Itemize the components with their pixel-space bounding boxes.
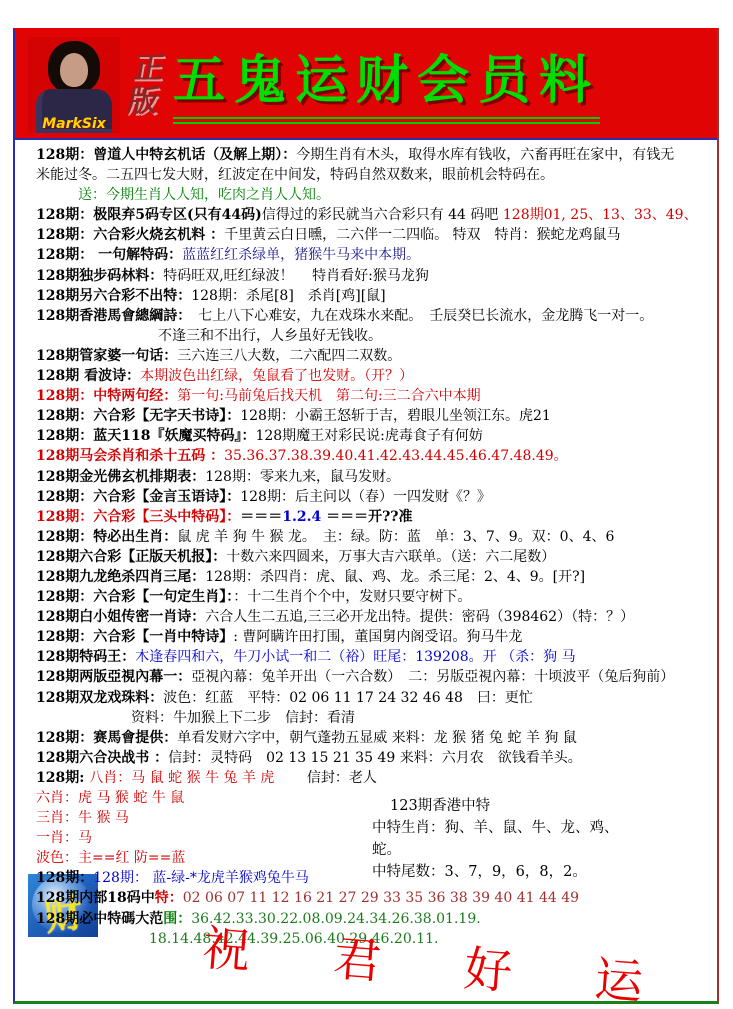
page-title: 五鬼运财会员料 (173, 38, 600, 124)
text-run: ＝＝＝ (240, 509, 282, 525)
text-run: 128期管家婆一句话： (36, 348, 177, 364)
text-run: 1.2.4 (282, 509, 321, 525)
text-run: 八肖：马 鼠 蛇 猴 牛 兔 羊 虎 (89, 770, 274, 786)
content-line: 128期金光佛玄机排期表：128期：零来九来，鼠马发财。 (36, 467, 711, 487)
text-run: 送：今期生肖人人知，吃肉之肖人人知。 (78, 187, 330, 203)
content-line: 128期：极限弃5码专区(只有44码)信得过的彩民就当六合彩只有 44 码吧 1… (36, 205, 711, 225)
content-line: 128期特码王：木逢春四和六，牛刀小试一和二（裕）旺尾：139208。开 （杀：… (36, 647, 711, 667)
text-run: 02 06 07 11 12 16 21 27 29 33 35 36 38 3… (183, 890, 579, 906)
text-run: 128期香港馬會總綱詩： (36, 308, 184, 324)
content-line: 资料：牛加猴上下二步 信封：看清 (36, 708, 711, 728)
text-run: 不逢三和不出行，人乡虽好无钱收。 (158, 328, 382, 344)
text-run: 128期金光佛玄机排期表： (36, 469, 205, 485)
lottery-tip-sheet: MarkSix 正版 五鬼运财会员料 128期：曾道人中特玄机话（及解上期）：今… (0, 0, 733, 1009)
content-line: 128期香港馬會總綱詩： 七上八下心难安，九在戏珠水来配。 壬辰癸巳长流水，金龙… (36, 306, 711, 326)
content-line: 128期：六合彩【无字天书诗】：128期：小霸王怒斩于吉，碧眼儿坐领江东。虎21 (36, 406, 711, 426)
text-run: 特码旺双,旺红绿波！ 特肖看好:猴马龙狗 (163, 268, 429, 284)
text-run: 单看发财六字中，朝气蓬勃五显威 来料：龙 猴 猪 兔 蛇 羊 狗 鼠 (177, 730, 577, 746)
content-line: 128期：六合彩【一句定生肖】：：十二生肖个个中，发财只要守树下。 (36, 587, 711, 607)
sidebox-line: 中特生肖：狗、羊、鼠、牛、龙、鸡、 (372, 817, 672, 839)
zhengban-watermark: 正版 (125, 52, 171, 118)
text-run: 128期另六合彩不出特： (36, 288, 191, 304)
text-run: 128期特码王： (36, 649, 135, 665)
text-run: 资料：牛加猴上下二步 信封：看清 (131, 710, 355, 726)
content-line: 128期白小姐传密一肖诗：六合人生二五追,三三必开龙出特。提供：密码（39846… (36, 607, 711, 627)
text-run: 鼠 虎 羊 狗 牛 猴 龙。 主：绿。防：蓝 单：3、7、9。双：0、4、6 (177, 529, 614, 545)
content-line: 128期：赛馬會提供：单看发财六字中，朝气蓬勃五显威 来料：龙 猴 猪 兔 蛇 … (36, 728, 711, 748)
text-run: 128期：六合彩【无字天书诗】： (36, 408, 240, 424)
text-run: 128期两版亞視內幕一： (36, 669, 191, 685)
text-run: 亞視內幕：兔羊开出（一六合数） 二：另版亞視內幕：十顷波平（兔后狗前） (191, 669, 674, 685)
content-line: 128期内部18码中特：02 06 07 11 12 16 21 27 29 3… (36, 888, 711, 908)
text-run: 128期：六合彩【一句定生肖】： (36, 589, 233, 605)
content-line: 米能过冬。二五四七发大财，红波定在中间发，特码自然双数来，眼前机会特码在。 (36, 165, 711, 185)
sidebox-line: 中特尾数：3、7，9，6，8，2。 (372, 861, 672, 883)
text-run: 信得过的彩民就当六合彩只有 44 码吧 (262, 207, 503, 223)
text-run: 128期：零来九来，鼠马发财。 (205, 469, 400, 485)
presenter-photo: MarkSix (28, 37, 120, 133)
marksix-logo: MarkSix (28, 116, 120, 132)
text-run: 千里黄云白日曛，二六伴一二四临。 特双 特肖：猴蛇龙鸡鼠马 (224, 227, 620, 243)
text-run: 128期双龙戏珠料： (36, 690, 163, 706)
text-run: 128期 看波诗： (36, 368, 140, 384)
content-line: 128期：六合彩火烧玄机料 ：千里黄云白日曛，二六伴一二四临。 特双 特肖：猴蛇… (36, 225, 711, 245)
content-line: 128期双龙戏珠料：波色：红蓝 平特：02 06 11 17 24 32 46 … (36, 688, 711, 708)
content-line: 128期: 八肖：马 鼠 蛇 猴 牛 兔 羊 虎 信封：老人 (36, 768, 711, 788)
text-run: 128期：后主问以（春）一四发财《？》 (240, 489, 491, 505)
text-run: 今期生肖有木头，取得水库有钱收，六畜再旺在家中，有钱无 (296, 147, 674, 163)
text-run: 128期：六合彩【一肖中特诗】 (36, 629, 233, 645)
text-run: 128期：小霸王怒斩于吉，碧眼儿坐领江东。虎21 (240, 408, 551, 424)
content-line: 128期： 一句解特码：蓝蓝红红杀绿单，猪猴牛马来中本期。 (36, 245, 711, 265)
text-run: 128期内部18码中 (36, 890, 155, 906)
sidebox-line: 蛇。 (372, 839, 672, 861)
content-line: 送：今期生肖人人知，吃肉之肖人人知。 (36, 185, 711, 205)
content-line: 128期九龙绝杀四肖三尾：128期：杀四肖：虎、鼠、鸡、龙。杀三尾：2、4、9。… (36, 567, 711, 587)
text-run: 128期：赛馬會提供： (36, 730, 177, 746)
text-run: 128期：杀尾[8] 杀肖[鸡][鼠] (191, 288, 385, 304)
text-run: 128期：杀四肖：虎、鼠、鸡、龙。杀三尾：2、4、9。[开?] (205, 569, 585, 585)
text-run: 第一句:马前兔后找天机 第二句:三二合六中本期 (177, 388, 480, 404)
text-run: 围： (163, 911, 191, 927)
text-run: 128期白小姐传密一肖诗： (36, 609, 205, 625)
content-line: 128期：曾道人中特玄机话（及解上期）：今期生肖有木头，取得水库有钱收，六畜再旺… (36, 145, 711, 165)
text-run: 128期九龙绝杀四肖三尾： (36, 569, 205, 585)
text-run: 蓝蓝红红杀绿单，猪猴牛马来中本期。 (182, 247, 420, 263)
text-run: 特： (155, 890, 183, 906)
text-run: 128期马会杀肖和杀十五码 ： (36, 448, 224, 464)
content-line: 128期：六合彩【三头中特码】：＝＝＝1.2.4 ＝＝＝开??准 (36, 507, 711, 527)
content-line: 128期独步码林料：特码旺双,旺红绿波！ 特肖看好:猴马龙狗 (36, 266, 711, 286)
text-run: 128期：六合彩【金言玉语诗】： (36, 489, 240, 505)
text-run: 一肖：马 (36, 830, 92, 846)
text-run: 128期：中特两句经： (36, 388, 177, 404)
content-line: 128期 看波诗：本期波色出红绿，兔鼠看了也发财。（开？） (36, 366, 711, 386)
text-run: 128期：极限弃5码专区(只有44码) (36, 207, 262, 223)
text-run: 三肖：牛 猴 马 (36, 810, 129, 826)
text-run: ：十二生肖个个中，发财只要守树下。 (233, 589, 471, 605)
content-line: 不逢三和不出行，人乡虽好无钱收。 (36, 326, 711, 346)
text-run: 128期六合决战书 ： (36, 750, 168, 766)
text-run: 十数六来四圆来，万事大吉六联单。（送：六二尾数） (226, 549, 555, 565)
text-run: 波色：主==红 防==蓝 (36, 850, 185, 866)
content-line: 128期管家婆一句话：三六连三八大数，二六配四二双数。 (36, 346, 711, 366)
text-run: 128期：六合彩【三头中特码】： (36, 509, 240, 525)
text-run: 128期：曾道人中特玄机话（及解上期）： (36, 147, 296, 163)
text-run: ＝＝＝开??准 (321, 509, 412, 525)
text-run: 128期： (36, 870, 93, 886)
content-line: 128期：六合彩【金言玉语诗】：128期：后主问以（春）一四发财《？》 (36, 487, 711, 507)
hongkong-result-box: 123期香港中特中特生肖：狗、羊、鼠、牛、龙、鸡、蛇。中特尾数：3、7，9，6，… (372, 795, 672, 883)
text-run: 128期独步码林料： (36, 268, 163, 284)
text-run: 米能过冬。二五四七发大财，红波定在中间发，特码自然双数来，眼前机会特码在。 (36, 167, 554, 183)
content-line: 128期六合决战书 ：信封：灵特码 02 13 15 21 35 49 来料：六… (36, 748, 711, 768)
text-run: 128期必中特碼大范 (36, 911, 163, 927)
text-run: : 曹阿瞒许田打围，董国舅内阁受诏。狗马牛龙 (233, 629, 522, 645)
content-line: 128期两版亞視內幕一：亞視內幕：兔羊开出（一六合数） 二：另版亞視內幕：十顷波… (36, 667, 711, 687)
text-run: 信封：老人 (274, 770, 376, 786)
text-run: 128期01, 25、13、33、49、 (503, 207, 698, 223)
text-run: 128期：六合彩火烧玄机料 ： (36, 227, 224, 243)
text-run: 木逢春四和六，牛刀小试一和二（裕）旺尾：139208。开 （杀：狗 马 (135, 649, 575, 665)
text-run: 128期: (36, 770, 89, 786)
sidebox-title: 123期香港中特 (372, 795, 672, 817)
text-run: 三六连三八大数，二六配四二双数。 (177, 348, 401, 364)
photo-face (60, 53, 88, 87)
content-line: 128期：六合彩【一肖中特诗】: 曹阿瞒许田打围，董国舅内阁受诏。狗马牛龙 (36, 627, 711, 647)
text-run: 128期：特必出生肖： (36, 529, 177, 545)
content-line: 128期六合彩【正版天机报】：十数六来四圆来，万事大吉六联单。（送：六二尾数） (36, 547, 711, 567)
text-run: 七上八下心难安，九在戏珠水来配。 壬辰癸巳长流水，金龙腾飞一对一。 (184, 308, 653, 324)
text-run: 128期： 一句解特码： (36, 247, 182, 263)
text-run: 128期魔王对彩民说:虎毒食子有何妨 (255, 428, 482, 444)
content-line: 128期：中特两句经：第一句:马前兔后找天机 第二句:三二合六中本期 (36, 386, 711, 406)
text-run: 本期波色出红绿，兔鼠看了也发财。（开？） (140, 368, 413, 384)
text-run: 波色：红蓝 平特：02 06 11 17 24 32 46 48 曰：更忙 (163, 690, 533, 706)
text-run: 128期： 蓝-绿-*龙虎羊猴鸡兔牛马 (93, 870, 309, 886)
content-line: 128期：特必出生肖：鼠 虎 羊 狗 牛 猴 龙。 主：绿。防：蓝 单：3、7、… (36, 527, 711, 547)
text-run: 35.36.37.38.39.40.41.42.43.44.45.46.47.4… (224, 448, 568, 464)
text-run: 128期六合彩【正版天机报】： (36, 549, 226, 565)
content-line: 128期：蓝天118『妖魔买特码』：128期魔王对彩民说:虎毒食子有何妨 (36, 426, 711, 446)
content-line: 128期马会杀肖和杀十五码 ：35.36.37.38.39.40.41.42.4… (36, 446, 711, 466)
content-line: 128期另六合彩不出特：128期：杀尾[8] 杀肖[鸡][鼠] (36, 286, 711, 306)
text-run: 信封：灵特码 02 13 15 21 35 49 来料：六月农 欲钱看羊头。 (168, 750, 582, 766)
text-run: 六肖：虎 马 猴 蛇 牛 鼠 (36, 790, 184, 806)
header-banner: MarkSix 正版 五鬼运财会员料 (15, 30, 717, 140)
text-run: 六合人生二五追,三三必开龙出特。提供：密码（398462）（特：？） (205, 609, 634, 625)
text-run: 128期：蓝天118『妖魔买特码』： (36, 428, 255, 444)
